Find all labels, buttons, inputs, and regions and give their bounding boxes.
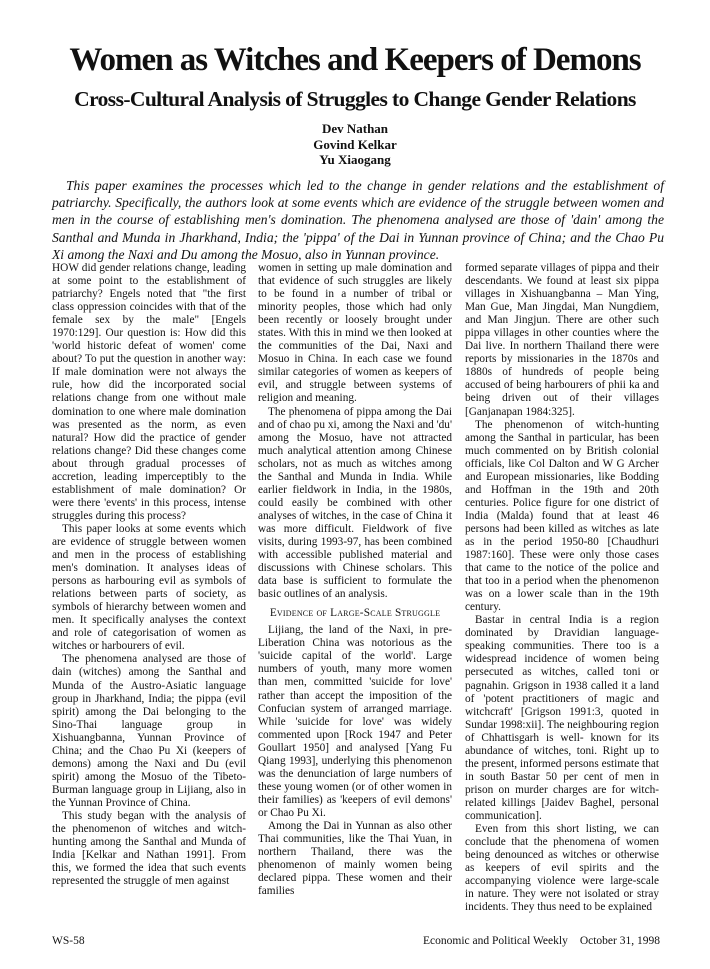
paragraph: Lijiang, the land of the Naxi, in pre-Li… (258, 624, 452, 820)
journal-name: Economic and Political Weekly (423, 935, 568, 947)
article-subtitle: Cross-Cultural Analysis of Struggles to … (0, 86, 710, 112)
paragraph: This study began with the analysis of th… (52, 810, 246, 888)
paragraph: The phenomenon of witch-hunting among th… (465, 419, 659, 615)
body-column-3: formed separate villages of pippa and th… (465, 262, 659, 914)
paragraph: HOW did gender relations change, leading… (52, 262, 246, 523)
issue-date: October 31, 1998 (580, 935, 660, 947)
paragraph: Bastar in central India is a region domi… (465, 614, 659, 823)
page-number: WS-58 (52, 935, 85, 947)
author-list: Dev Nathan Govind Kelkar Yu Xiaogang (0, 121, 710, 168)
author-name: Govind Kelkar (0, 137, 710, 153)
body-column-1: HOW did gender relations change, leading… (52, 262, 246, 888)
paragraph: Among the Dai in Yunnan as also other Th… (258, 820, 452, 898)
paragraph: This paper looks at some events which ar… (52, 523, 246, 653)
abstract: This paper examines the processes which … (52, 177, 664, 263)
author-name: Dev Nathan (0, 121, 710, 137)
paragraph: The phenomena analysed are those of dain… (52, 653, 246, 810)
article-title: Women as Witches and Keepers of Demons (0, 40, 710, 80)
journal-footer: Economic and Political WeeklyOctober 31,… (423, 935, 660, 947)
paragraph: formed separate villages of pippa and th… (465, 262, 659, 419)
body-column-2: women in setting up male domination and … (258, 262, 452, 898)
paragraph: The phenomena of pippa among the Dai and… (258, 406, 452, 602)
section-heading: Evidence of Large-Scale Struggle (258, 607, 452, 620)
paragraph: Even from this short listing, we can con… (465, 823, 659, 914)
author-name: Yu Xiaogang (0, 152, 710, 168)
paragraph: women in setting up male domination and … (258, 262, 452, 406)
